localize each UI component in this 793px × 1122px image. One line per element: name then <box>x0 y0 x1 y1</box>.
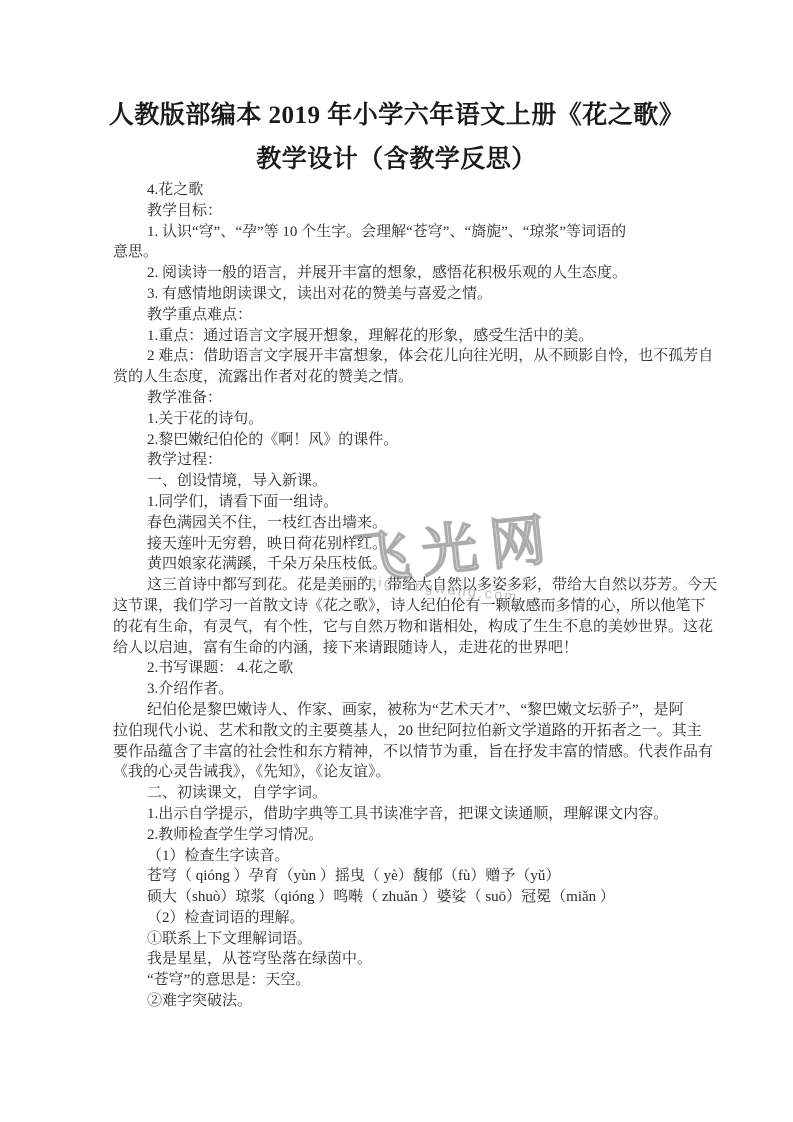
text-line: 给人以启迪，富有生命的内涵，接下来请跟随诗人，走进花的世界吧！ <box>113 638 713 659</box>
text-line: 苍穹（ qióng ）孕育（yùn ）摇曳（ yè）馥郁（fù）赠予（yǔ） <box>113 866 713 887</box>
title-line-2: 教学设计（含教学反思） <box>0 138 793 182</box>
text-line: 2.书写课题： 4.花之歌 <box>113 658 713 679</box>
text-line: ①联系上下文理解词语。 <box>113 929 713 950</box>
text-line: “苍穹”的意思是：天空。 <box>113 970 713 991</box>
text-line: 要作品蕴含了丰富的社会性和东方精神，不以情节为重，旨在抒发丰富的情感。代表作品有 <box>113 742 713 763</box>
text-line: 一、创设情境，导入新课。 <box>113 471 713 492</box>
text-line: 1.关于花的诗句。 <box>113 409 713 430</box>
document-body: 4.花之歌教学目标：1. 认识“穹”、“孕”等 10 个生字。会理解“苍穹”、“… <box>113 180 713 1012</box>
text-line: 《我的心灵告诫我》，《先知》，《论友谊》。 <box>113 762 713 783</box>
text-line: 春色满园关不住，一枝红杏出墙来。 <box>113 513 713 534</box>
text-line: 拉伯现代小说、艺术和散文的主要奠基人，20 世纪阿拉伯新文学道路的开拓者之一。其… <box>113 721 713 742</box>
text-line: 硕大（shuò）琼浆（qióng ）鸣啭（ zhuǎn ）婆娑（ suō）冠冕（… <box>113 887 713 908</box>
text-line: 我是星星，从苍穹坠落在绿茵中。 <box>113 949 713 970</box>
text-line: 纪伯伦是黎巴嫩诗人、作家、画家，被称为“艺术天才”、“黎巴嫩文坛骄子”，是阿 <box>113 700 713 721</box>
text-line: （2）检查词语的理解。 <box>113 908 713 929</box>
text-line: 1.重点：通过语言文字展开想象，理解花的形象，感受生活中的美。 <box>113 326 713 347</box>
text-line: 黄四娘家花满蹊，千朵万朵压枝低。 <box>113 554 713 575</box>
title-line-1: 人教版部编本 2019 年小学六年语文上册《花之歌》 <box>0 94 793 138</box>
text-line: 教学重点难点： <box>113 305 713 326</box>
text-line: 4.花之歌 <box>113 180 713 201</box>
text-line: 1.出示自学提示，借助字典等工具书读准字音，把课文读通顺，理解课文内容。 <box>113 804 713 825</box>
text-line: （1）检查生字读音。 <box>113 846 713 867</box>
text-line: 这节课，我们学习一首散文诗《花之歌》，诗人纪伯伦有一颗敏感而多情的心，所以他笔下 <box>113 596 713 617</box>
text-line: 2.教师检查学生学习情况。 <box>113 825 713 846</box>
text-line: 1. 认识“穹”、“孕”等 10 个生字。会理解“苍穹”、“旖旎”、“琼浆”等词… <box>113 222 713 243</box>
document-page: 人教版部编本 2019 年小学六年语文上册《花之歌》 教学设计（含教学反思） 4… <box>0 0 793 1122</box>
text-line: 赏的人生态度，流露出作者对花的赞美之情。 <box>113 367 713 388</box>
text-line: ②难字突破法。 <box>113 991 713 1012</box>
text-line: 2 难点：借助语言文字展开丰富想象，体会花儿向往光明，从不顾影自怜，也不孤芳自 <box>113 346 713 367</box>
text-line: 3.介绍作者。 <box>113 679 713 700</box>
text-line: 接天莲叶无穷碧，映日荷花别样红。 <box>113 534 713 555</box>
text-line: 的花有生命，有灵气，有个性，它与自然万物和谐相处，构成了生生不息的美妙世界。这花 <box>113 617 713 638</box>
text-line: 3. 有感情地朗读课文，读出对花的赞美与喜爱之情。 <box>113 284 713 305</box>
text-line: 二、初读课文，自学字词。 <box>113 783 713 804</box>
document-title: 人教版部编本 2019 年小学六年语文上册《花之歌》 教学设计（含教学反思） <box>0 94 793 182</box>
text-line: 教学过程： <box>113 450 713 471</box>
text-line: 教学目标： <box>113 201 713 222</box>
text-line: 意思。 <box>113 242 713 263</box>
text-line: 2.黎巴嫩纪伯伦的《啊！风》的课件。 <box>113 430 713 451</box>
text-line: 2. 阅读诗一般的语言，并展开丰富的想象，感悟花积极乐观的人生态度。 <box>113 263 713 284</box>
text-line: 这三首诗中都写到花。花是美丽的，带给大自然以多姿多彩，带给大自然以芬芳。今天 <box>113 575 713 596</box>
text-line: 1.同学们，请看下面一组诗。 <box>113 492 713 513</box>
text-line: 教学准备： <box>113 388 713 409</box>
